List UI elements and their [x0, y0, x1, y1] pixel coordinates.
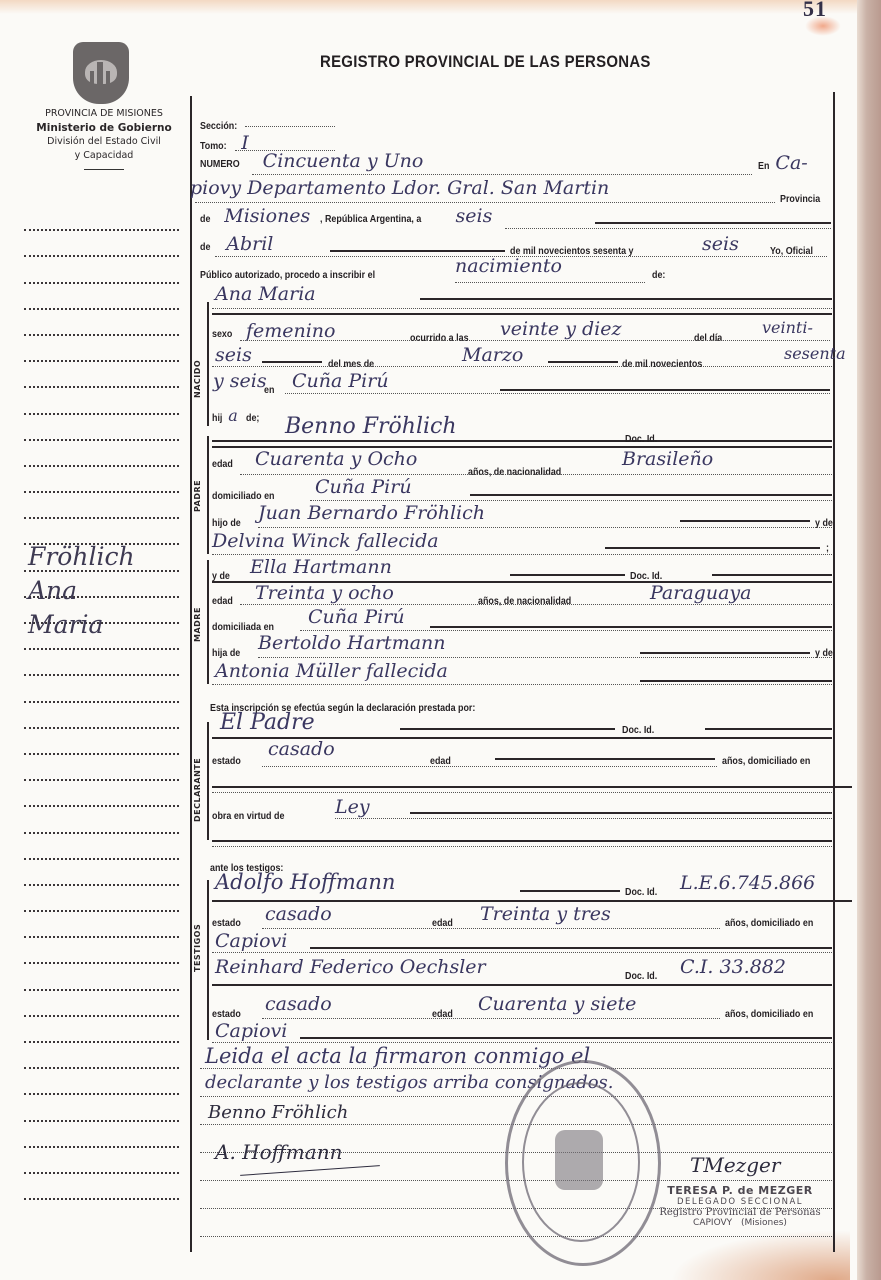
seccion-field: Sección: — [200, 112, 244, 134]
month-value: Abril — [226, 233, 273, 255]
mother-name-value: Ella Hartmann — [250, 556, 392, 578]
numero-field: NUMERO Cincuenta y Uno — [200, 150, 423, 172]
official-location: CAPIOVY (Misiones) — [650, 1218, 830, 1228]
act-type-value: nacimiento — [455, 255, 562, 277]
dia-value: veinti- — [762, 318, 813, 337]
dia-value-2: seis — [215, 344, 252, 366]
seccion-label: Sección: — [200, 120, 237, 132]
margin-note: Fröhlich Ana Maria — [28, 540, 135, 642]
location-field: piovy Departamento Ldor. Gral. San Marti… — [190, 177, 609, 199]
official-name: TERESA P. de MEZGER — [650, 1184, 830, 1197]
mother-nationality-value: Paraguaya — [650, 582, 751, 604]
letterhead-province: PROVINCIA DE MISIONES — [18, 107, 190, 121]
official-role: DELEGADO SECCIONAL — [650, 1197, 830, 1207]
page-edge — [857, 0, 881, 1280]
divider — [190, 96, 192, 1252]
witness-1-estado-value: casado — [265, 903, 332, 925]
declarante-name-value: El Padre — [220, 710, 315, 735]
paper-stain — [0, 0, 860, 14]
section-label-padre: PADRE — [193, 480, 202, 512]
divider — [833, 92, 835, 1252]
margin-note-name-2: Maria — [28, 608, 135, 642]
signature-declarante: Benno Fröhlich — [208, 1102, 348, 1123]
official-office: Registro Provincial de Personas — [650, 1207, 830, 1218]
day-value: seis — [456, 205, 493, 227]
nacido-year-value-2: y seis — [213, 370, 267, 392]
mother-domicile-value: Cuña Pirú — [308, 606, 405, 628]
numero-value: Cincuenta y Uno — [263, 150, 424, 172]
sexo-field: sexo femenino — [212, 320, 335, 342]
en-field: En Ca- — [758, 152, 808, 174]
month-field: de Abril — [200, 233, 273, 255]
mother-edad-value: Treinta y ocho — [255, 582, 394, 604]
section-label-nacido: NACIDO — [193, 360, 202, 398]
birthplace-value: Cuña Pirú — [292, 370, 389, 392]
witness-1-doc-value: L.E.6.745.866 — [680, 872, 815, 894]
hora-value: veinte y diez — [500, 318, 621, 340]
official-signature-block: TERESA P. de MEZGER DELEGADO SECCIONAL R… — [650, 1184, 830, 1228]
location-value: piovy Departamento Ldor. Gral. San Marti… — [190, 177, 609, 199]
margin-note-name: Ana — [28, 574, 135, 608]
maternal-grandfather-value: Bertoldo Hartmann — [258, 632, 446, 654]
mes-value: Marzo — [462, 344, 523, 366]
letterhead-division: División del Estado Civil — [18, 135, 190, 149]
hij-value: a — [228, 406, 238, 425]
section-label-madre: MADRE — [193, 607, 202, 642]
provincia-value: Misiones — [224, 205, 310, 227]
page-title: REGISTRO PROVINCIAL DE LAS PERSONAS — [320, 52, 651, 72]
witness-2-doc-value: C.I. 33.882 — [680, 956, 786, 978]
hija-field: hij a de; — [212, 406, 262, 426]
letterhead-ministry: Ministerio de Gobierno — [18, 121, 190, 135]
margin-lines — [24, 205, 179, 1200]
year-value: seis — [702, 233, 739, 255]
page-number: 51 — [803, 0, 827, 22]
en-value: Ca- — [775, 152, 807, 174]
witness-2-estado-value: casado — [265, 993, 332, 1015]
act-type-field: Público autorizado, procedo a inscribir … — [200, 265, 406, 283]
father-name-value: Benno Fröhlich — [285, 414, 457, 439]
section-label-declarante: DECLARANTE — [193, 758, 202, 822]
witness-2-edad-value: Cuarenta y siete — [478, 993, 636, 1015]
father-edad-value: Cuarenta y Ocho — [255, 448, 417, 470]
child-name-value: Ana Maria — [215, 283, 316, 305]
paternal-grandmother-value: Delvina Winck fallecida — [212, 530, 439, 552]
nacido-year-value: sesenta — [784, 344, 846, 363]
signature-official: TMezger — [690, 1153, 780, 1177]
obra-value: Ley — [335, 796, 370, 818]
numero-label: NUMERO — [200, 158, 240, 170]
witness-1-domicile-value: Capiovi — [215, 930, 287, 952]
letterhead: PROVINCIA DE MISIONES Ministerio de Gobi… — [18, 107, 190, 170]
witness-2-domicile-value: Capiovi — [215, 1020, 287, 1042]
father-nationality-value: Brasileño — [622, 448, 713, 470]
declarante-estado-value: casado — [268, 738, 335, 760]
closing-text-1: Leida el acta la firmaron conmigo el — [205, 1044, 590, 1068]
signature-witness: A. Hoffmann — [215, 1140, 342, 1164]
document-page: 51 PROVINCIA DE MISIONES Ministerio de G… — [0, 0, 860, 1280]
paper-stain — [670, 1230, 850, 1280]
witness-1-edad-value: Treinta y tres — [480, 903, 611, 925]
father-edad-field: edad — [212, 454, 237, 472]
section-label-testigos: TESTIGOS — [193, 924, 202, 972]
maternal-grandmother-value: Antonia Müller fallecida — [215, 660, 448, 682]
stamp-emblem-icon — [555, 1130, 603, 1190]
witness-2-name-value: Reinhard Federico Oechsler — [215, 956, 486, 978]
divider — [84, 169, 124, 170]
paternal-grandfather-value: Juan Bernardo Fröhlich — [258, 502, 485, 524]
sexo-value: femenino — [246, 320, 336, 342]
father-domicile-value: Cuña Pirú — [315, 476, 412, 498]
provincial-emblem-icon — [73, 42, 129, 104]
witness-1-name-value: Adolfo Hoffmann — [215, 870, 395, 894]
letterhead-division-2: y Capacidad — [18, 149, 190, 163]
margin-note-surname: Fröhlich — [28, 540, 135, 574]
provincia-field: de Misiones , República Argentina, a sei… — [200, 205, 492, 227]
